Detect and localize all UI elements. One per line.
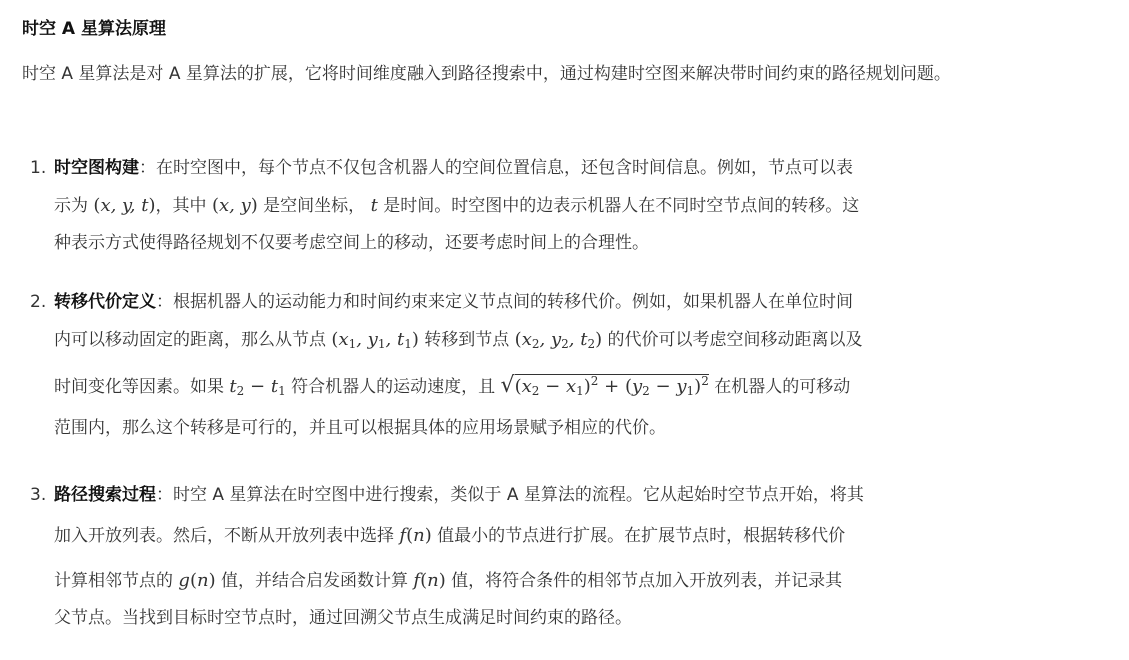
item-text: 示为 — [54, 196, 88, 216]
item-term: 转移代价定义 — [54, 292, 156, 312]
item-text: 是空间坐标， — [263, 196, 365, 216]
item-text: ：根据机器人的运动能力和时间约束来定义节点间的转移代价。例如，如果机器人在单位时… — [156, 292, 853, 312]
item-text: 在机器人的可移动 — [714, 377, 850, 397]
section-title: 时空 A 星算法原理 — [22, 17, 166, 41]
item-number: 3. — [30, 477, 46, 514]
math-expression: (x, y) — [212, 195, 258, 216]
item-text: 时间变化等因素。如果 — [54, 363, 224, 406]
math-expression: g(n) — [178, 570, 215, 591]
item-text: 种表示方式使得路径规划不仅要考虑空间上的移动，还要考虑时间上的合理性。 — [54, 233, 649, 253]
intro-paragraph: 时空 A 星算法是对 A 星算法的扩展，它将时间维度融入到路径搜索中，通过构建时… — [22, 59, 1082, 89]
list-item: 2. 转移代价定义：根据机器人的运动能力和时间约束来定义节点间的转移代价。例如，… — [30, 284, 1090, 447]
list-item: 3. 路径搜索过程：时空 A 星算法在时空图中进行搜索，类似于 A 星算法的流程… — [30, 477, 1090, 637]
math-expression: f(n) — [413, 570, 445, 591]
item-text: 计算相邻节点的 — [54, 555, 173, 600]
item-text: ：时空 A 星算法在时空图中进行搜索，类似于 A 星算法的流程。它从起始时空节点… — [156, 485, 864, 505]
item-text: 值，将符合条件的相邻节点加入开放列表，并记录其 — [451, 571, 842, 591]
item-text: 值最小的节点进行扩展。在扩展节点时，根据转移代价 — [437, 526, 845, 546]
item-text: 是时间。时空图中的边表示机器人在不同时空节点间的转移。这 — [383, 196, 859, 216]
math-sqrt-expression: √(x2 − x1)2 + (y2 − y1)2 — [501, 363, 709, 410]
math-expression: t — [371, 195, 378, 216]
item-text: 范围内，那么这个转移是可行的，并且可以根据具体的应用场景赋予相应的代价。 — [54, 418, 666, 438]
item-number: 1. — [30, 150, 46, 187]
math-expression: f(n) — [399, 525, 431, 546]
item-text: ，其中 — [156, 196, 207, 216]
item-text: 转移到节点 — [424, 330, 509, 350]
item-text: 的代价可以考虑空间移动距离以及 — [608, 330, 863, 350]
item-text: ：在时空图中，每个节点不仅包含机器人的空间位置信息，还包含时间信息。例如，节点可… — [139, 158, 853, 178]
item-text: 值，并结合启发函数计算 — [221, 571, 408, 591]
item-text: 内可以移动固定的距离，那么从节点 — [54, 330, 326, 350]
item-text: 加入开放列表。然后，不断从开放列表中选择 — [54, 514, 394, 555]
math-expression: t2 − t1 — [229, 376, 285, 397]
item-term: 时空图构建 — [54, 158, 139, 178]
item-text: 符合机器人的运动速度，且 — [291, 377, 495, 397]
math-expression: (x1, y1, t1) — [331, 329, 418, 350]
item-term: 路径搜索过程 — [54, 485, 156, 505]
list-item: 1. 时空图构建：在时空图中，每个节点不仅包含机器人的空间位置信息，还包含时间信… — [30, 150, 1090, 262]
math-expression: (x2, y2, t2) — [515, 329, 602, 350]
math-expression: (x, y, t) — [93, 195, 155, 216]
item-text: 父节点。当找到目标时空节点时，通过回溯父节点生成满足时间约束的路径。 — [54, 608, 632, 628]
item-number: 2. — [30, 284, 46, 321]
